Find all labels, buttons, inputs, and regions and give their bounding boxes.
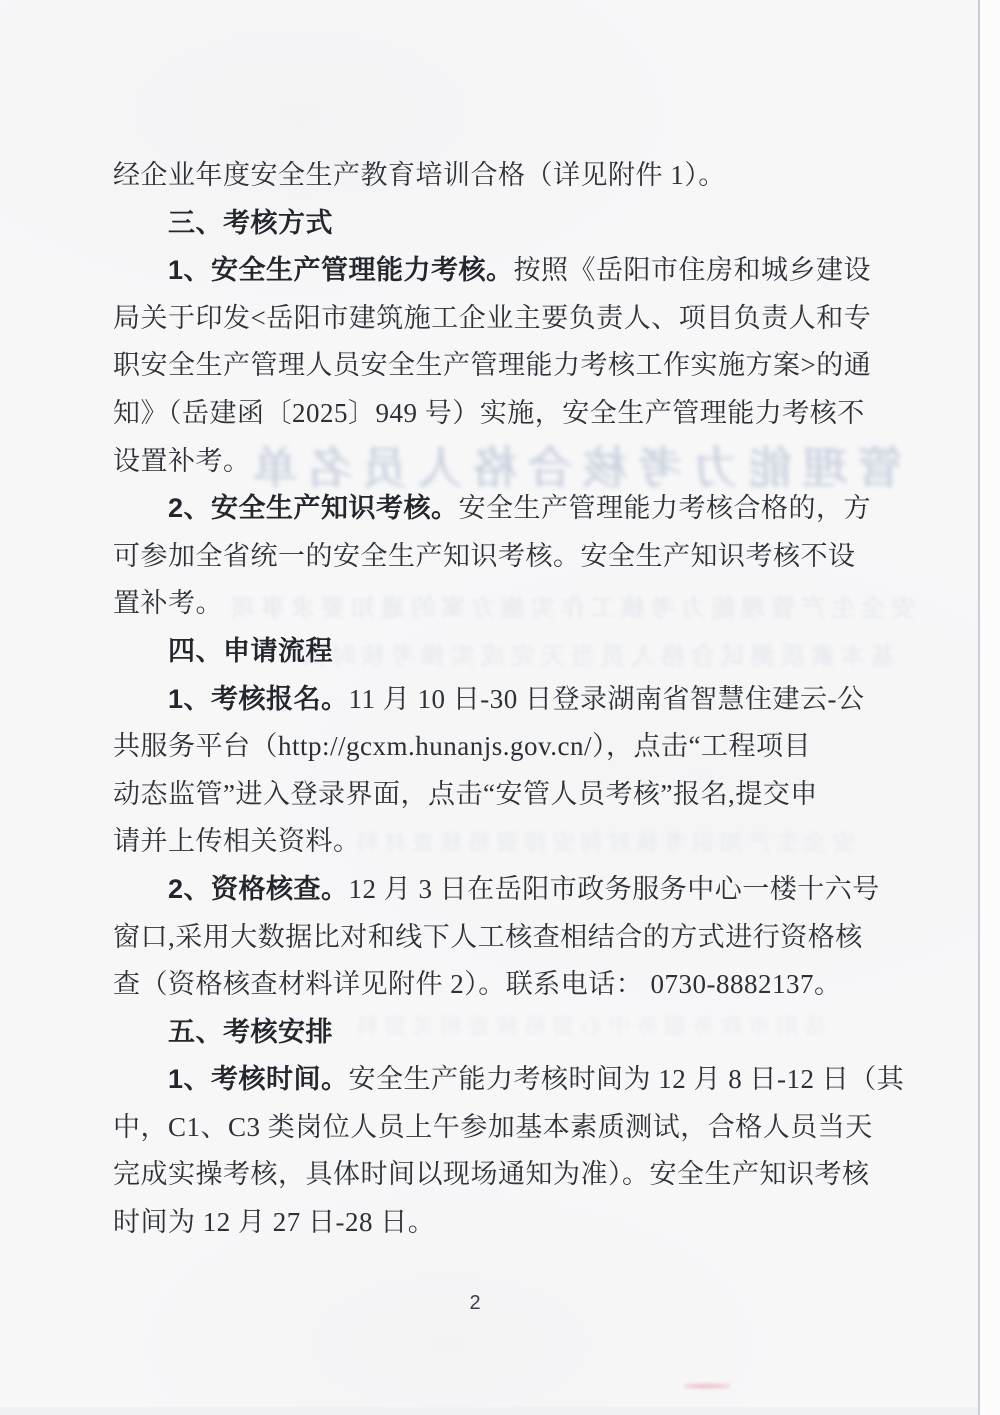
text-segment-bold: 2、安全生产知识考核。 (168, 493, 459, 523)
text-line: 时间为 12 月 27 日-28 日。 (113, 1199, 903, 1247)
text-segment-bold: 1、安全生产管理能力考核。 (168, 255, 514, 285)
text-segment: 职安全生产管理人员安全生产管理能力考核工作实施方案>的通 (113, 350, 871, 380)
text-segment: 安全生产能力考核时间为 12 月 8 日-12 日（其 (349, 1064, 905, 1094)
text-line: 2、安全生产知识考核。安全生产管理能力考核合格的，方 (113, 485, 903, 533)
text-segment-bold: 三、考核方式 (168, 208, 333, 238)
text-line: 置补考。 (113, 580, 903, 628)
text-line: 四、申请流程 (113, 628, 903, 676)
text-segment: 可参加全省统一的安全生产知识考核。安全生产知识考核不设 (113, 541, 856, 571)
text-line: 职安全生产管理人员安全生产管理能力考核工作实施方案>的通 (113, 342, 903, 390)
ink-bleed-mark (684, 1381, 730, 1391)
text-segment: 11 月 10 日-30 日登录湖南省智慧住建云-公 (349, 684, 865, 714)
text-segment: 知》（岳建函〔2025〕949 号）实施，安全生产管理能力考核不 (113, 398, 865, 428)
text-line: 可参加全省统一的安全生产知识考核。安全生产知识考核不设 (113, 533, 903, 581)
text-segment: 置补考。 (113, 588, 223, 618)
text-segment: 经企业年度安全生产教育培训合格（详见附件 1）。 (113, 160, 726, 190)
text-segment: 完成实操考核，具体时间以现场通知为准）。安全生产知识考核 (113, 1159, 870, 1189)
text-segment: 局关于印发<岳阳市建筑施工企业主要负责人、项目负责人和专 (113, 303, 871, 333)
text-segment: 共服务平台（http://gcxm.hunanjs.gov.cn/），点击“工程… (113, 731, 811, 761)
text-segment: 12 月 3 日在岳阳市政务服务中心一楼十六号 (349, 874, 880, 904)
document-body: 经企业年度安全生产教育培训合格（详见附件 1）。三、考核方式1、安全生产管理能力… (113, 152, 903, 1247)
text-line: 查（资格核查材料详见附件 2）。联系电话： 0730-8882137。 (113, 961, 903, 1009)
text-segment: 请并上传相关资料。 (113, 826, 361, 856)
text-line: 1、安全生产管理能力考核。按照《岳阳市住房和城乡建设 (113, 247, 903, 295)
text-line: 动态监管”进入登录界面，点击“安管人员考核”报名,提交申 (113, 771, 903, 819)
text-line: 窗口,采用大数据比对和线下人工核查相结合的方式进行资格核 (113, 914, 903, 962)
text-line: 1、考核报名。11 月 10 日-30 日登录湖南省智慧住建云-公 (113, 676, 903, 724)
text-segment-bold: 1、考核时间。 (168, 1064, 349, 1094)
text-line: 三、考核方式 (113, 200, 903, 248)
text-line: 经企业年度安全生产教育培训合格（详见附件 1）。 (113, 152, 903, 200)
text-line: 设置补考。 (113, 438, 903, 486)
text-segment: 查（资格核查材料详见附件 2）。联系电话： 0730-8882137。 (113, 969, 842, 999)
text-segment: 动态监管”进入登录界面，点击“安管人员考核”报名,提交申 (113, 779, 818, 809)
text-line: 共服务平台（http://gcxm.hunanjs.gov.cn/），点击“工程… (113, 723, 903, 771)
scan-edge-line (978, 0, 980, 1415)
scanned-document-page: 管理能力考核合格人员名单安全生产管理能力考核工作实施方案的通知要求事项基本素质测… (0, 0, 1000, 1415)
scan-edge-strip (980, 0, 1000, 1415)
text-segment-bold: 1、考核报名。 (168, 684, 349, 714)
text-line: 知》（岳建函〔2025〕949 号）实施，安全生产管理能力考核不 (113, 390, 903, 438)
page-number: 2 (380, 1292, 570, 1315)
text-line: 完成实操考核，具体时间以现场通知为准）。安全生产知识考核 (113, 1151, 903, 1199)
text-segment: 时间为 12 月 27 日-28 日。 (113, 1207, 435, 1237)
text-segment: 窗口,采用大数据比对和线下人工核查相结合的方式进行资格核 (113, 922, 863, 952)
text-segment: 安全生产管理能力考核合格的，方 (459, 493, 872, 523)
scan-bottom-strip (0, 1407, 978, 1415)
text-segment: 中，C1、C3 类岗位人员上午参加基本素质测试，合格人员当天 (113, 1112, 873, 1142)
text-line: 1、考核时间。安全生产能力考核时间为 12 月 8 日-12 日（其 (113, 1056, 903, 1104)
text-segment: 设置补考。 (113, 446, 251, 476)
text-line: 中，C1、C3 类岗位人员上午参加基本素质测试，合格人员当天 (113, 1104, 903, 1152)
text-segment-bold: 四、申请流程 (168, 636, 333, 666)
text-line: 五、考核安排 (113, 1009, 903, 1057)
text-line: 局关于印发<岳阳市建筑施工企业主要负责人、项目负责人和专 (113, 295, 903, 343)
text-line: 请并上传相关资料。 (113, 818, 903, 866)
text-line: 2、资格核查。12 月 3 日在岳阳市政务服务中心一楼十六号 (113, 866, 903, 914)
text-segment-bold: 2、资格核查。 (168, 874, 349, 904)
text-segment-bold: 五、考核安排 (168, 1017, 333, 1047)
text-segment: 按照《岳阳市住房和城乡建设 (514, 255, 872, 285)
